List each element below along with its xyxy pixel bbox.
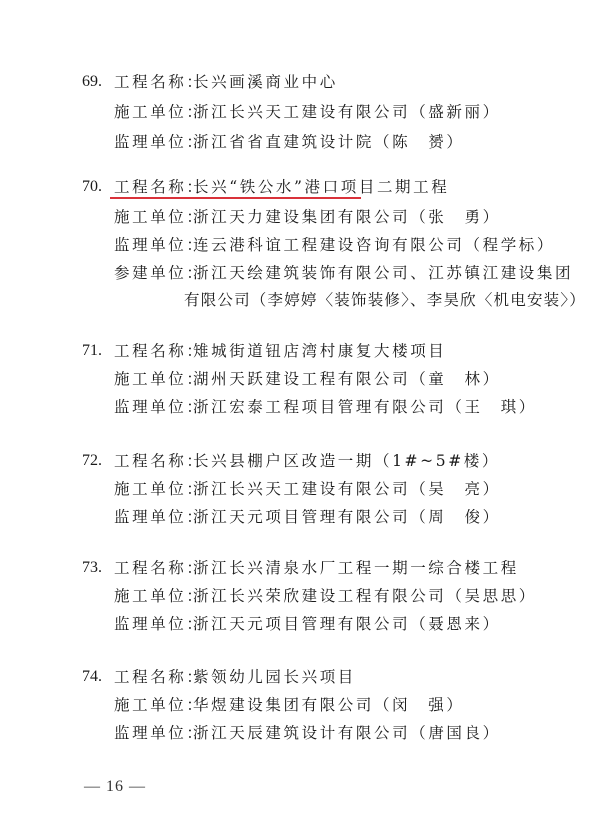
field-label: 工程名称： xyxy=(114,341,205,361)
project-name: 长兴“铁公水”港口项目二期工程 xyxy=(193,177,449,197)
supervision-unit: 浙江天元项目管理有限公司（周 俊） xyxy=(193,507,501,527)
project-name: 雉城街道钮店湾村康复大楼项目 xyxy=(193,341,446,361)
field-label: 施工单位： xyxy=(114,479,205,499)
project-name: 长兴画溪商业中心 xyxy=(193,72,338,92)
entry-number: 73. xyxy=(82,558,102,578)
field-label: 工程名称： xyxy=(114,72,205,92)
field-label: 监理单位： xyxy=(114,132,205,152)
entry-number: 70. xyxy=(82,177,102,197)
construction-unit: 浙江长兴荣欣建设工程有限公司（吴思思） xyxy=(193,586,537,606)
entry-number: 71. xyxy=(82,341,102,361)
project-name: 紫领幼儿园长兴项目 xyxy=(193,667,356,687)
construction-unit: 浙江长兴天工建设有限公司（吴 亮） xyxy=(193,479,501,499)
construction-unit: 湖州天跃建设工程有限公司（童 林） xyxy=(193,369,501,389)
supervision-unit: 浙江宏泰工程项目管理有限公司（王 琪） xyxy=(193,397,537,417)
field-label: 施工单位： xyxy=(114,207,205,227)
red-highlight-underline xyxy=(110,197,361,199)
field-label: 监理单位： xyxy=(114,235,205,255)
field-label: 监理单位： xyxy=(114,614,205,634)
field-label: 监理单位： xyxy=(114,507,205,527)
construction-unit: 浙江长兴天工建设有限公司（盛新丽） xyxy=(193,102,501,122)
entry-number: 72. xyxy=(82,451,102,471)
field-label: 监理单位： xyxy=(114,723,205,743)
supervision-unit: 浙江天辰建筑设计有限公司（唐国良） xyxy=(193,723,501,743)
participating-unit: 浙江天绘建筑装饰有限公司、江苏镇江建设集团 xyxy=(193,263,573,283)
field-label: 施工单位： xyxy=(114,369,205,389)
project-name: 浙江长兴清泉水厂工程一期一综合楼工程 xyxy=(193,558,519,578)
field-label: 施工单位： xyxy=(114,586,205,606)
page-number: — 16 — xyxy=(84,778,146,796)
supervision-unit: 连云港科谊工程建设咨询有限公司（程学标） xyxy=(193,235,555,255)
field-label: 监理单位： xyxy=(114,397,205,417)
supervision-unit: 浙江天元项目管理有限公司（聂恩来） xyxy=(193,614,501,634)
field-label: 施工单位： xyxy=(114,102,205,122)
supervision-unit: 浙江省省直建筑设计院（陈 赟） xyxy=(193,132,465,152)
entry-number: 74. xyxy=(82,667,102,687)
field-label: 参建单位： xyxy=(114,263,205,283)
field-label: 工程名称： xyxy=(114,667,205,687)
field-label: 施工单位： xyxy=(114,695,205,715)
construction-unit: 浙江天力建设集团有限公司（张 勇） xyxy=(193,207,501,227)
project-name: 长兴县棚户区改造一期（1#~5#楼） xyxy=(193,451,500,471)
participating-unit-continuation: 有限公司（李婷婷〈装饰装修〉、李昊欣〈机电安装〉） xyxy=(184,290,586,310)
construction-unit: 华煜建设集团有限公司（闵 强） xyxy=(193,695,465,715)
entry-number: 69. xyxy=(82,72,102,92)
field-label: 工程名称： xyxy=(114,451,205,471)
field-label: 工程名称： xyxy=(114,177,205,197)
field-label: 工程名称： xyxy=(114,558,205,578)
